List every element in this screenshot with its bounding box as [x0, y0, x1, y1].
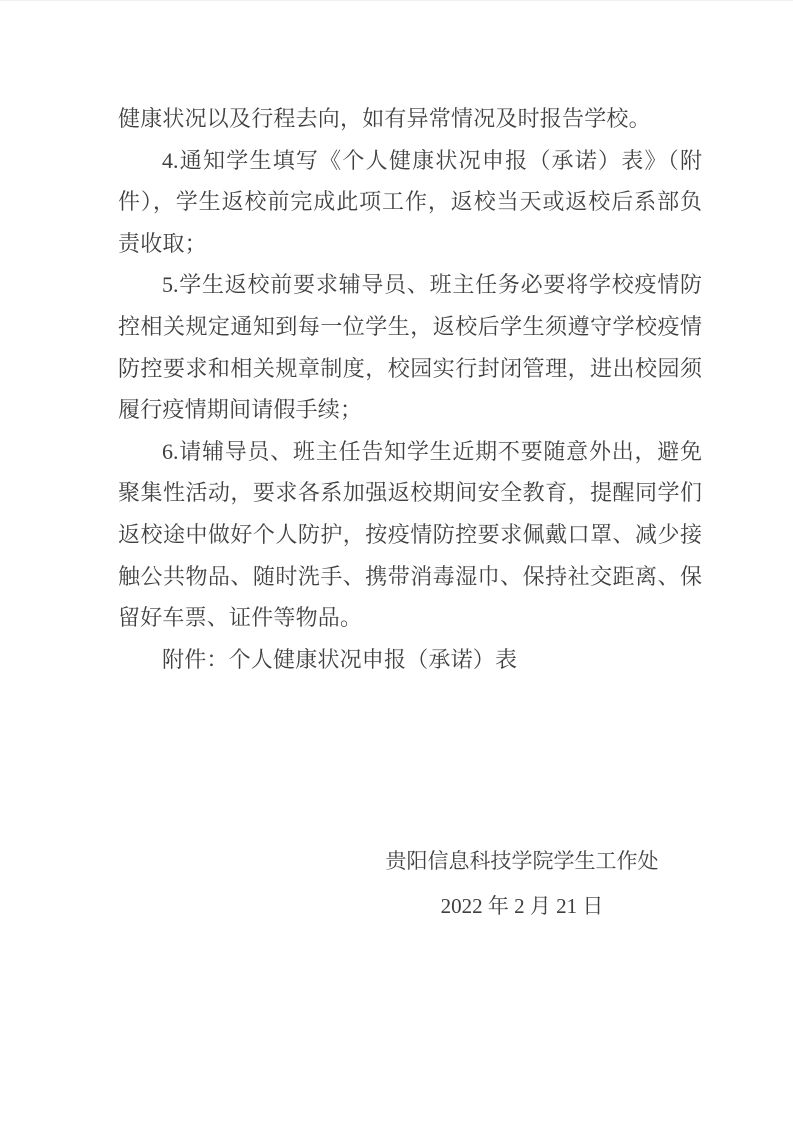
body-line: 履行疫情期间请假手续； [118, 389, 702, 431]
document-body: 健康状况以及行程去向，如有异常情况及时报告学校。 4.通知学生填写《个人健康状况… [118, 98, 702, 680]
body-line: 健康状况以及行程去向，如有异常情况及时报告学校。 [118, 98, 702, 140]
body-line: 6.请辅导员、班主任告知学生近期不要随意外出，避免 [118, 431, 702, 473]
body-line: 防控要求和相关规章制度，校园实行封闭管理，进出校园须 [118, 348, 702, 390]
body-line: 控相关规定通知到每一位学生，返校后学生须遵守学校疫情 [118, 306, 702, 348]
document-page: 健康状况以及行程去向，如有异常情况及时报告学校。 4.通知学生填写《个人健康状况… [0, 0, 793, 1123]
body-line: 5.学生返校前要求辅导员、班主任务必要将学校疫情防 [118, 264, 702, 306]
body-line: 责收取； [118, 223, 702, 265]
attachment-line: 附件：个人健康状况申报（承诺）表 [118, 639, 702, 681]
signature-date: 2022 年 2 月 21 日 [382, 884, 662, 929]
body-line: 4.通知学生填写《个人健康状况申报（承诺）表》（附 [118, 140, 702, 182]
signature-org: 贵阳信息科技学院学生工作处 [382, 839, 662, 884]
signature-block: 贵阳信息科技学院学生工作处 2022 年 2 月 21 日 [382, 839, 662, 929]
body-line: 件），学生返校前完成此项工作，返校当天或返校后系部负 [118, 181, 702, 223]
body-line: 返校途中做好个人防护，按疫情防控要求佩戴口罩、减少接 [118, 514, 702, 556]
body-line: 聚集性活动，要求各系加强返校期间安全教育，提醒同学们 [118, 472, 702, 514]
body-line: 触公共物品、随时洗手、携带消毒湿巾、保持社交距离、保 [118, 556, 702, 598]
body-line: 留好车票、证件等物品。 [118, 597, 702, 639]
